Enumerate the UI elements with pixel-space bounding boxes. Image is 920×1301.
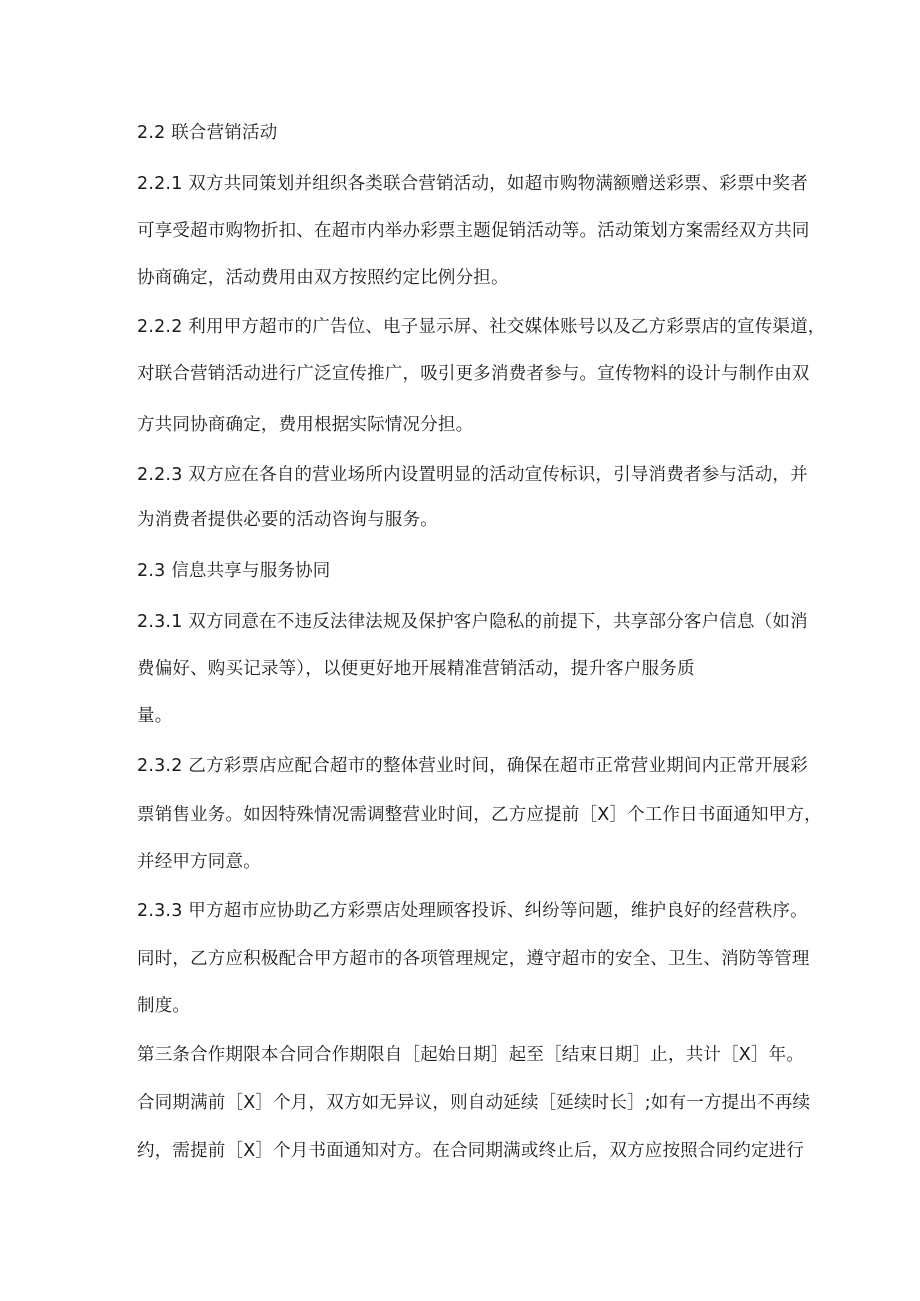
- paragraph-2-3-3-line-2: 同时，乙方应积极配合甲方超市的各项管理规定，遵守超市的安全、卫生、消防等管理: [137, 948, 810, 970]
- paragraph-2-3-2-line-1: 2.3.2 乙方彩票店应配合超市的整体营业时间，确保在超市正常营业期间内正常开展…: [137, 755, 808, 777]
- document-page: 2.2 联合营销活动 2.2.1 双方共同策划并组织各类联合营销活动，如超市购物…: [0, 0, 920, 1301]
- paragraph-2-2-1-line-3: 协商确定，活动费用由双方按照约定比例分担。: [137, 267, 509, 289]
- paragraph-2-3-1-line-1: 2.3.1 双方同意在不违反法律法规及保护客户隐私的前提下，共享部分客户信息（如…: [137, 611, 808, 633]
- paragraph-2-2-3-line-2: 为消费者提供必要的活动咨询与服务。: [137, 509, 438, 531]
- section-heading-2-2: 2.2 联合营销活动: [137, 122, 277, 144]
- section-heading-2-3: 2.3 信息共享与服务协同: [137, 560, 331, 582]
- article-3-line-3: 约，需提前［X］个月书面通知对方。在合同期满或终止后，双方应按照合同约定进行: [137, 1140, 804, 1162]
- paragraph-2-2-2-line-3: 方共同协商确定，费用根据实际情况分担。: [137, 414, 473, 436]
- paragraph-2-3-2-line-2: 票销售业务。如因特殊情况需调整营业时间，乙方应提前［X］个工作日书面通知甲方，: [137, 804, 822, 826]
- article-3-line-2: 合同期满前［X］个月，双方如无异议，则自动延续［延续时长］;如有一方提出不再续: [137, 1092, 810, 1114]
- paragraph-2-2-2-line-1: 2.2.2 利用甲方超市的广告位、电子显示屏、社交媒体账号以及乙方彩票店的宣传渠…: [137, 316, 826, 338]
- article-3-line-1: 第三条合作期限本合同合作期限自［起始日期］起至［结束日期］止，共计［X］年。: [137, 1044, 804, 1066]
- paragraph-2-2-2-line-2: 对联合营销活动进行广泛宣传推广，吸引更多消费者参与。宣传物料的设计与制作由双: [137, 363, 810, 385]
- paragraph-2-3-2-line-3: 并经甲方同意。: [137, 851, 261, 873]
- paragraph-2-2-1-line-1: 2.2.1 双方共同策划并组织各类联合营销活动，如超市购物满额赠送彩票、彩票中奖…: [137, 173, 808, 195]
- paragraph-2-2-3-line-1: 2.2.3 双方应在各自的营业场所内设置明显的活动宣传标识，引导消费者参与活动，…: [137, 464, 808, 486]
- paragraph-2-3-1-line-3: 量。: [137, 705, 172, 727]
- paragraph-2-3-3-line-3: 制度。: [137, 995, 190, 1017]
- paragraph-2-3-1-line-2: 费偏好、购买记录等），以便更好地开展精准营销活动，提升客户服务质: [137, 658, 695, 680]
- paragraph-2-3-3-line-1: 2.3.3 甲方超市应协助乙方彩票店处理顾客投诉、纠纷等问题，维护良好的经营秩序…: [137, 900, 808, 922]
- paragraph-2-2-1-line-2: 可享受超市购物折扣、在超市内举办彩票主题促销活动等。活动策划方案需经双方共同: [137, 220, 810, 242]
